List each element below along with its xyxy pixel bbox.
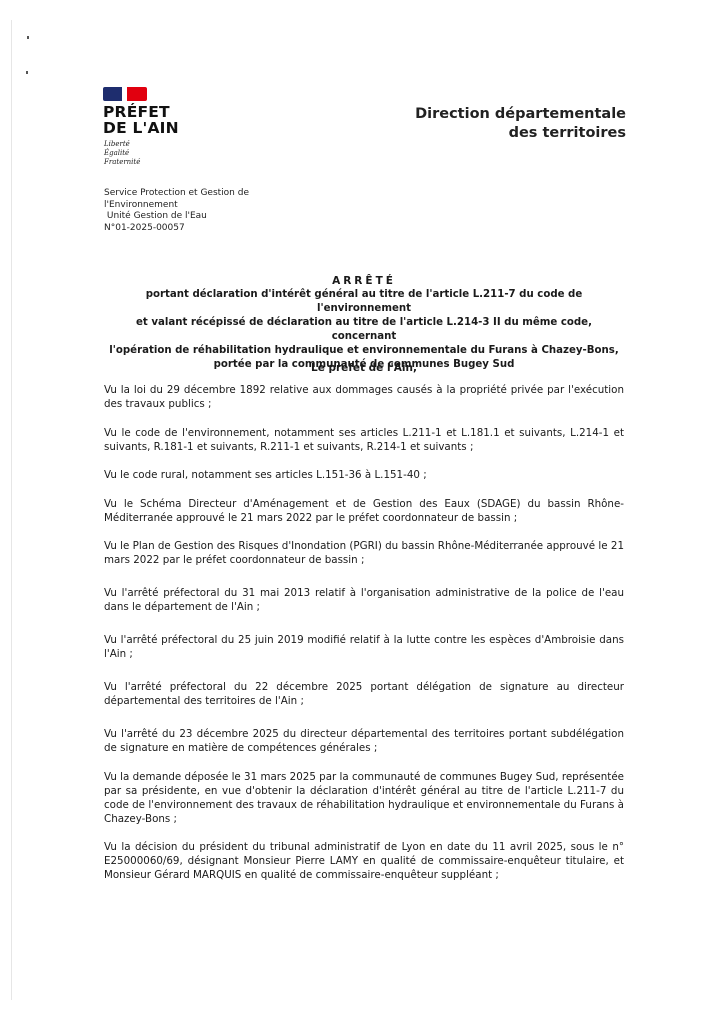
logo-title-line1: PRÉFET <box>103 104 179 120</box>
decree-heading: ARRÊTÉ <box>104 274 624 288</box>
direction-header: Direction départementale des territoires <box>415 105 626 143</box>
visa-paragraph: Vu l'arrêté préfectoral du 31 mai 2013 r… <box>104 586 624 614</box>
marianne-flag-icon <box>103 87 147 101</box>
visa-paragraph: Vu la demande déposée le 31 mars 2025 pa… <box>104 770 624 826</box>
visa-paragraph: Vu le code rural, notamment ses articles… <box>104 468 624 482</box>
visa-paragraph: Vu la décision du président du tribunal … <box>104 840 624 882</box>
service-line2: l'Environnement <box>104 200 249 212</box>
visa-paragraph: Vu le Plan de Gestion des Risques d'Inon… <box>104 539 624 567</box>
flag-red-block <box>127 87 147 101</box>
service-line3: Unité Gestion de l'Eau <box>104 211 249 223</box>
motto-liberte: Liberté <box>104 140 140 149</box>
motto-fraternite: Fraternité <box>104 158 140 167</box>
visa-paragraph: Vu l'arrêté du 23 décembre 2025 du direc… <box>104 727 624 755</box>
visa-paragraph: Vu l'arrêté préfectoral du 25 juin 2019 … <box>104 633 624 661</box>
direction-line2: des territoires <box>415 124 626 143</box>
visa-paragraph: Vu le code de l'environnement, notamment… <box>104 426 624 454</box>
visa-paragraph: Vu le Schéma Directeur d'Aménagement et … <box>104 497 624 525</box>
decree-title-line: portant déclaration d'intérêt général au… <box>104 288 624 316</box>
scan-speck <box>27 36 29 39</box>
prefecture-logo-title: PRÉFET DE L'AIN <box>103 104 179 136</box>
logo-title-line2: DE L'AIN <box>103 120 179 136</box>
scan-speck <box>26 71 28 74</box>
prefet-statement: Le préfet de l'Ain, <box>104 362 624 374</box>
direction-line1: Direction départementale <box>415 105 626 124</box>
flag-blue-block <box>103 87 122 101</box>
scan-edge-line <box>11 20 12 1000</box>
decree-title-line: et valant récépissé de déclaration au ti… <box>104 316 624 344</box>
visa-paragraph: Vu l'arrêté préfectoral du 22 décembre 2… <box>104 680 624 708</box>
reference-number: N°01-2025-00057 <box>104 223 249 235</box>
visas-section: Vu la loi du 29 décembre 1892 relative a… <box>104 383 624 897</box>
service-block: Service Protection et Gestion de l'Envir… <box>104 188 249 234</box>
service-line1: Service Protection et Gestion de <box>104 188 249 200</box>
decree-title: ARRÊTÉ portant déclaration d'intérêt gén… <box>104 274 624 372</box>
decree-title-line: l'opération de réhabilitation hydrauliqu… <box>104 344 624 358</box>
visa-paragraph: Vu la loi du 29 décembre 1892 relative a… <box>104 383 624 411</box>
motto-egalite: Égalité <box>104 149 140 158</box>
republic-motto: Liberté Égalité Fraternité <box>104 140 140 167</box>
